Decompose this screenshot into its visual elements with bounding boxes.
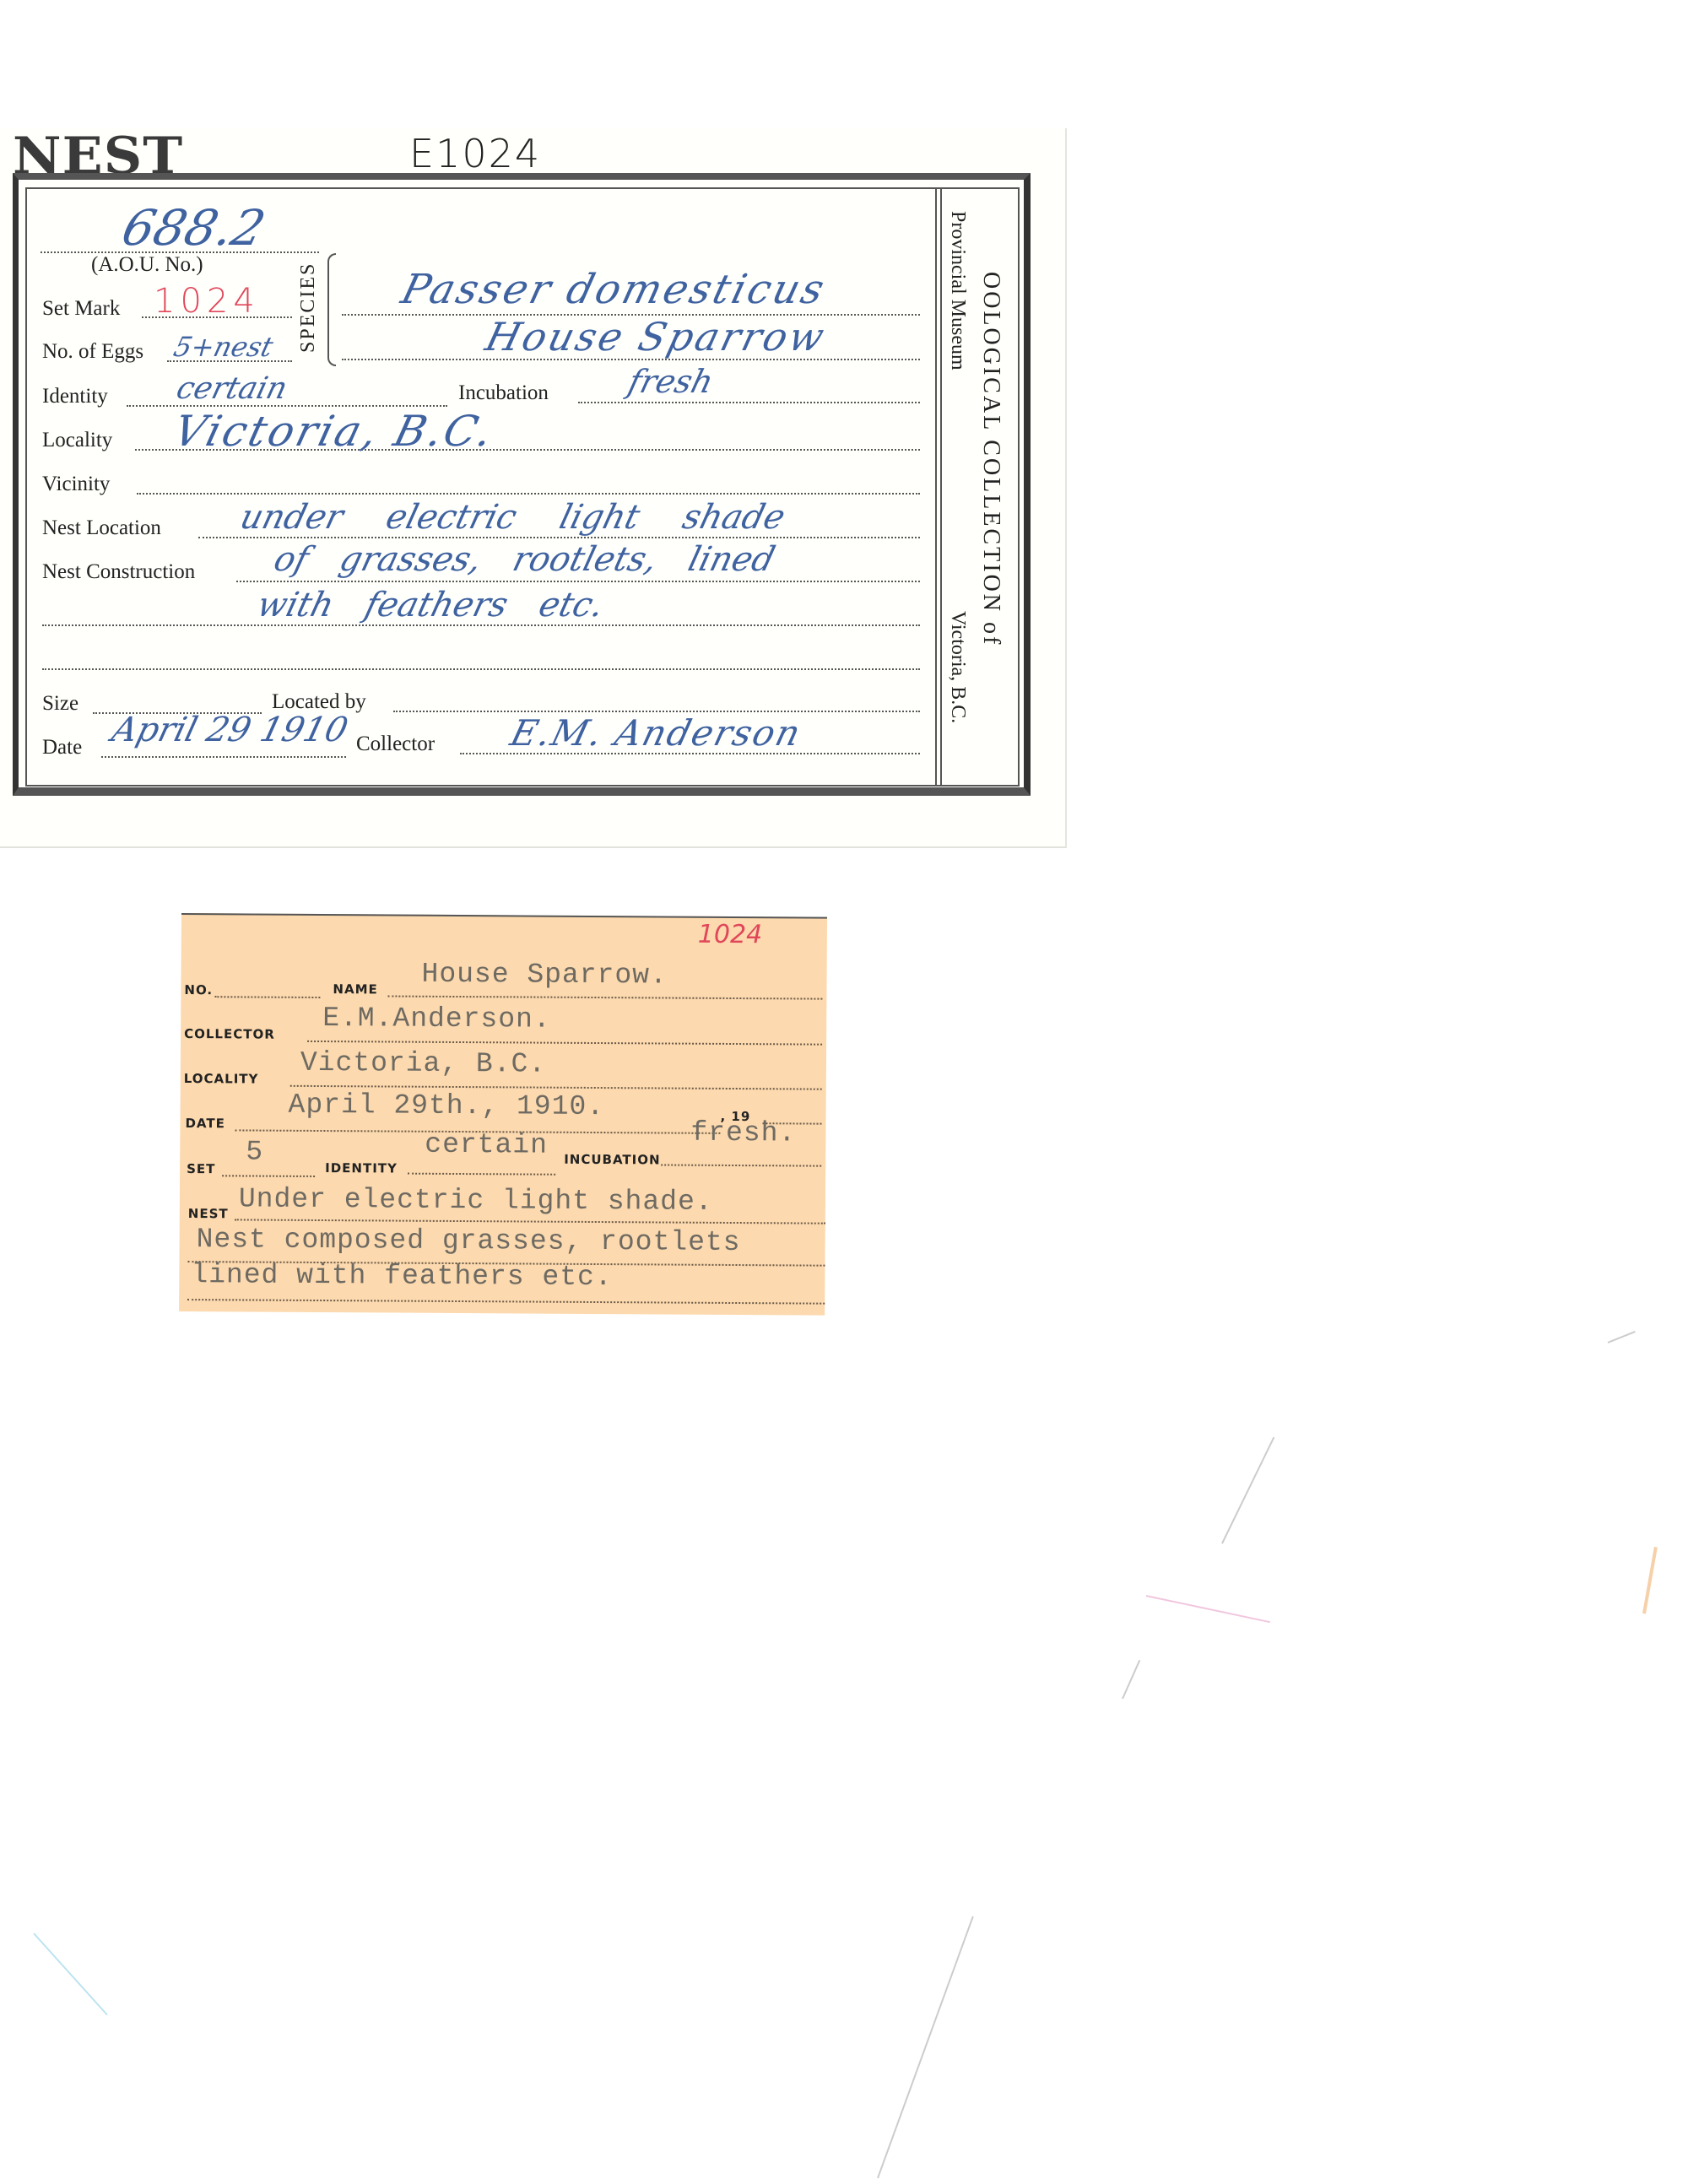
locality-value: Victoria, B.C. [169,407,500,456]
collection-title: OOLOGICAL COLLECTION of [977,272,1004,646]
divider-line [940,187,942,787]
nest-construction-value-1: of grasses, rootlets, lined [270,540,779,579]
museum-name: Provincial Museum [946,211,969,370]
scan-mark [1146,1595,1270,1623]
incubation-dotline [661,1164,821,1166]
incubation-label: Incubation [458,381,549,405]
species-common-value: House Sparrow [481,314,831,359]
data-slip-card: 1024 NO. NAME House Sparrow. COLLECTOR E… [179,913,827,1316]
scan-mark [33,1933,107,2015]
nest-dotline-3 [187,1299,825,1305]
date-value: April 29th., 1910. [289,1089,605,1122]
scan-mark [1122,1660,1140,1699]
collector-label: Collector [356,733,435,756]
date-value: April 29 1910 [108,711,352,749]
incubation-label: INCUBATION [564,1152,660,1168]
date-dotline [101,756,346,758]
nest-dotline-1 [235,1219,825,1224]
set-mark-label: Set Mark [42,297,120,321]
vicinity-dotline [137,493,920,495]
collector-label: COLLECTOR [184,1026,275,1042]
nest-value-2: Nest composed grasses, rootlets [197,1224,741,1258]
collector-dotline [307,1041,822,1046]
scan-mark [1221,1437,1274,1544]
collector-value: E.M.Anderson. [322,1003,551,1035]
nest-value-3: lined with feathers etc. [191,1259,612,1293]
date-label: Date [42,736,82,760]
incubation-value: fresh. [690,1117,796,1149]
identity-value: certain [173,371,291,406]
identity-label: Identity [42,385,108,408]
vicinity-label: Vicinity [42,473,110,496]
incubation-dotline [578,402,920,403]
nest-value-1: Under electric light shade. [239,1183,713,1217]
date-label: DATE [185,1116,225,1131]
locality-value: Victoria, B.C. [300,1047,546,1080]
incubation-value: fresh [625,363,717,400]
no-dotline [214,996,320,998]
museum-location: Victoria, B.C. [946,611,969,723]
identity-value: certain [425,1129,548,1161]
nest-construction-value-2: with feathers etc. [253,586,608,624]
species-brace [327,253,336,366]
aou-label: (A.O.U. No.) [91,253,203,277]
scan-mark [1642,1547,1658,1614]
nest-label: NEST [188,1206,229,1221]
nest-location-dotline [198,537,920,538]
size-label: Size [42,692,78,716]
set-label: SET [187,1161,215,1176]
red-set-number: 1024 [698,920,763,949]
name-dotline [387,995,822,999]
identity-label: IDENTITY [325,1160,398,1176]
species-scientific-value: Passer domesticus [397,266,831,313]
locality-label: LOCALITY [184,1071,259,1087]
set-dotline [222,1175,315,1177]
nest-construction-dotline [236,581,920,582]
set-mark-value: 1024 [154,282,260,321]
eggs-label: No. of Eggs [42,340,143,364]
identity-dotline [408,1173,555,1176]
nest-location-value: under electric light shade [236,498,789,537]
aou-number-value: 688.2 [116,199,271,257]
no-label: NO. [184,982,213,997]
name-value: House Sparrow. [421,959,667,992]
set-value: 5 [246,1136,263,1167]
scan-mark [1608,1331,1636,1343]
eggs-value: 5+nest [170,331,276,363]
blank-dotline [42,668,920,670]
collector-value: E.M. Anderson [506,712,806,754]
catalog-number: E1024 [409,131,541,176]
divider-line [935,187,937,787]
nest-construction-dotline-2 [42,624,920,626]
scan-mark [877,1916,974,2179]
species-label: SPECIES [297,262,320,353]
nest-location-label: Nest Location [42,516,161,540]
name-label: NAME [333,981,377,997]
nest-construction-label: Nest Construction [42,560,195,584]
locality-label: Locality [42,429,112,452]
